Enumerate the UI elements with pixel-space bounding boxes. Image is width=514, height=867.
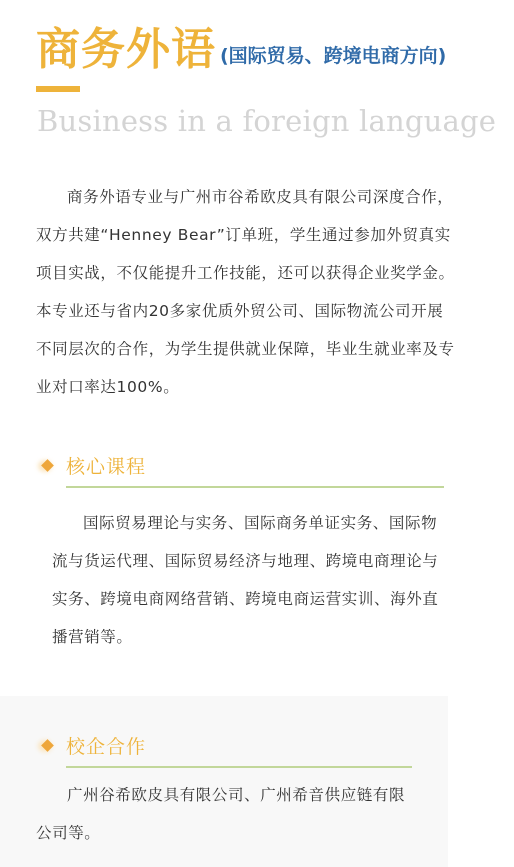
diamond-bullet-icon	[36, 456, 66, 476]
section-heading-core-courses: 核心课程	[36, 452, 146, 479]
section-label: 核心课程	[66, 452, 146, 479]
section-heading-cooperation: 校企合作	[36, 732, 146, 759]
core-courses-text: 国际贸易理论与实务、国际商务单证实务、国际物流与货运代理、国际贸易经济与地理、跨…	[52, 504, 452, 656]
intro-text: 商务外语专业与广州市谷希欧皮具有限公司深度合作，双方共建“Henney Bear…	[36, 178, 456, 406]
intro-paragraph: 商务外语专业与广州市谷希欧皮具有限公司深度合作，双方共建“Henney Bear…	[36, 178, 456, 406]
page-title: 商务外语	[36, 24, 216, 76]
section-divider	[66, 486, 444, 488]
page-title-row: 商务外语 (国际贸易、跨境电商方向)	[36, 24, 446, 76]
section-divider	[66, 766, 412, 768]
section-label: 校企合作	[66, 732, 146, 759]
cooperation-text: 广州谷希欧皮具有限公司、广州希音供应链有限公司等。	[36, 776, 416, 852]
diamond-bullet-icon	[36, 736, 66, 756]
cooperation-paragraph: 广州谷希欧皮具有限公司、广州希音供应链有限公司等。	[36, 776, 416, 852]
title-accent-bar	[36, 86, 80, 92]
page-subtitle: (国际贸易、跨境电商方向)	[220, 42, 446, 70]
core-courses-paragraph: 国际贸易理论与实务、国际商务单证实务、国际物流与货运代理、国际贸易经济与地理、跨…	[52, 504, 452, 656]
english-title: Business in a foreign language	[37, 104, 496, 138]
